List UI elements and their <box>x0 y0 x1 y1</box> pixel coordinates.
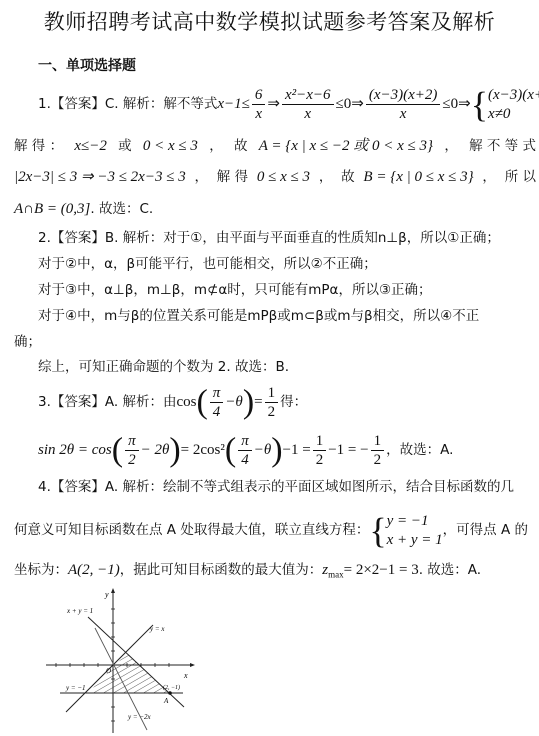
q4-line3: 坐标为：A(2, −1)，据此可知目标函数的最大值为：zmax= 2×2−1 =… <box>14 560 481 585</box>
label-y-eq-minus-2x: y = −2x <box>127 713 152 721</box>
frac-num: π <box>238 432 252 451</box>
implies-arrow: ⇒ <box>458 96 471 112</box>
set-B: B = {x | 0 ≤ x ≤ 3} <box>363 167 473 187</box>
frac-den: 4 <box>241 451 249 469</box>
frac-den: 2 <box>128 451 136 469</box>
frac-num: 1 <box>371 432 385 451</box>
eq-2cos2: = 2cos² <box>181 442 225 458</box>
left-brace: { <box>369 511 386 551</box>
text: ，据此可知目标函数的最大值为： <box>120 562 323 578</box>
frac-pi-4: π4 <box>210 384 224 421</box>
label-point-A: A <box>163 697 169 705</box>
left-brace: { <box>471 85 488 125</box>
equals: = <box>254 394 262 410</box>
le-zero: ≤0 <box>336 96 352 112</box>
text: ， <box>209 136 223 156</box>
frac-num: π <box>125 432 139 451</box>
minus-theta: −θ <box>225 394 243 410</box>
le-zero: ≤0 <box>442 96 458 112</box>
q1-frac2: x²−x−6x <box>282 86 334 123</box>
system-row: y = −1 <box>387 512 443 531</box>
text: 解 得 ： <box>14 136 63 156</box>
label-y-eq-x: y = x <box>149 625 165 633</box>
implies-arrow: ⇒ <box>351 96 364 112</box>
q3-lead: 3.【答案】A. 解析：由 <box>38 394 176 410</box>
y-axis-label: y <box>104 590 109 599</box>
q1-line2: 解 得 ： x≤−2 或 0 < x ≤ 3 ， 故 A = {x | x ≤ … <box>14 136 536 156</box>
zmax-expr: = 2×2−1 = 3 <box>344 562 419 578</box>
q1-line3: |2x−3| ≤ 3 ⇒ −3 ≤ 2x−3 ≤ 3 ， 解 得 0 ≤ x ≤… <box>14 167 536 187</box>
feasible-region-graph: y x O x + y = 1 y = x y = −1 y = −2x (2,… <box>40 585 200 736</box>
text: 坐标为： <box>14 562 68 578</box>
x-axis-arrow-icon <box>190 663 195 667</box>
frac-1-2: 12 <box>371 432 385 469</box>
intersection: A∩B = (0,3] <box>14 201 90 217</box>
text: ，可得点 A 的 <box>443 522 528 538</box>
q1-line4: A∩B = (0,3]. 故选：C. <box>14 199 153 219</box>
system-row: (x−3)(x+2)x≤0 <box>488 86 539 105</box>
q1-line1: 1.【答案】C. 解析：解不等式x−1≤6x⇒x²−x−6x≤0⇒(x−3)(x… <box>38 82 539 126</box>
q1-system: (x−3)(x+2)x≤0x≠0 <box>488 86 539 124</box>
frac-den: 2 <box>316 451 324 469</box>
q1-lead: 1.【答案】C. 解析：解不等式 <box>38 96 217 112</box>
frac-pi-2: π2 <box>125 432 139 469</box>
x-axis-label: x <box>183 671 188 680</box>
q1-frac3: (x−3)(x+2)x <box>366 86 441 123</box>
z-subscript: max <box>328 570 344 580</box>
frac-den: 2 <box>374 451 382 469</box>
frac-1-2: 12 <box>265 384 279 421</box>
frac-num: x²−x−6 <box>282 86 334 105</box>
set-A: A = {x | x ≤ −2 或 0 < x ≤ 3} <box>259 136 433 156</box>
text: 解 不 等 式 <box>469 136 536 156</box>
q2-line1: 2.【答案】B. 解析：对于①，由平面与平面垂直的性质知n⊥β，所以①正确； <box>38 228 500 248</box>
math: 0 < x ≤ 3 <box>143 136 198 156</box>
text: 或 <box>118 136 132 156</box>
q4-line2: 何意义可知目标函数在点 A 处取得最大值，联立直线方程：{y = −1x + y… <box>14 508 528 552</box>
conclusion: ，故选：A. <box>386 442 453 458</box>
frac-den: x <box>400 105 407 123</box>
frac-pi-4: π4 <box>238 432 252 469</box>
text: 何意义可知目标函数在点 A 处取得最大值，联立直线方程： <box>14 522 369 538</box>
feasible-region <box>88 653 170 693</box>
q4-system: y = −1x + y = 1 <box>387 512 443 550</box>
right-paren: ) <box>271 432 282 469</box>
q4-line1: 4.【答案】A. 解析：绘制不等式组表示的平面区域如图所示，结合目标函数的几 <box>38 477 514 497</box>
text: 故 <box>341 167 355 187</box>
minus-2theta: − 2θ <box>141 442 170 458</box>
frac-1-2: 12 <box>313 432 327 469</box>
y-axis-arrow-icon <box>111 588 115 593</box>
minus-theta: −θ <box>254 442 272 458</box>
left-paren: ( <box>225 432 236 469</box>
q3-line1: 3.【答案】A. 解析：由cos(π4−θ)=12得： <box>38 382 307 422</box>
section-heading: 一、单项选择题 <box>38 55 136 75</box>
text: ， <box>195 167 209 187</box>
point-A-marker <box>168 691 172 695</box>
text: 所 以 <box>505 167 536 187</box>
q1-frac1: 6x <box>252 86 266 123</box>
math: |2x−3| ≤ 3 ⇒ −3 ≤ 2x−3 ≤ 3 <box>14 167 186 187</box>
q2-line5: 确； <box>14 332 41 352</box>
left-paren: ( <box>196 384 207 421</box>
text: −1 = <box>283 442 311 458</box>
left-paren: ( <box>112 432 123 469</box>
right-paren: ) <box>243 384 254 421</box>
conclusion: . 故选：A. <box>419 562 481 578</box>
cos: cos <box>176 394 196 410</box>
label-x-plus-y-eq-1: x + y = 1 <box>66 607 93 615</box>
frac-num: 1 <box>265 384 279 403</box>
sin2theta: sin 2θ = cos <box>38 442 112 458</box>
frac-den: x <box>255 105 262 123</box>
math: 0 ≤ x ≤ 3 <box>257 167 310 187</box>
text: ， <box>444 136 458 156</box>
q2-line3: 对于③中，α⊥β，m⊥β，m⊄α时，只可能有mPα，所以③正确； <box>38 280 432 300</box>
point-A: A(2, −1) <box>68 562 120 578</box>
math: x≤−2 <box>74 136 107 156</box>
system-row: x + y = 1 <box>387 531 443 550</box>
right-paren: ) <box>169 432 180 469</box>
origin-label: O <box>106 667 111 675</box>
text: 解 得 <box>217 167 248 187</box>
text: ， <box>482 167 496 187</box>
q1-ineq-lhs: x−1≤ <box>217 96 250 112</box>
q2-line6: 综上，可知正确命题的个数为 2. 故选：B. <box>38 357 289 377</box>
label-point-coord: (2, −1) <box>163 684 180 691</box>
frac-num: π <box>210 384 224 403</box>
frac-den: 2 <box>268 403 276 421</box>
text: ， <box>319 167 333 187</box>
implies-arrow: ⇒ <box>267 96 280 112</box>
frac-den: 4 <box>213 403 221 421</box>
frac-num: 6 <box>252 86 266 105</box>
frac-num: 1 <box>313 432 327 451</box>
document-title: 教师招聘考试高中数学模拟试题参考答案及解析 <box>0 6 539 36</box>
text: −1 = − <box>328 442 368 458</box>
q3-line2: sin 2θ = cos(π2− 2θ)= 2cos²(π4−θ)−1 =12−… <box>38 430 453 470</box>
text: 得： <box>280 394 307 410</box>
q2-line2: 对于②中，α，β可能平行，也可能相交，所以②不正确； <box>38 254 377 274</box>
label-y-eq-minus-1: y = −1 <box>65 684 86 692</box>
frac-den: x <box>304 105 311 123</box>
q2-line4: 对于④中，m与β的位置关系可能是mPβ或m⊂β或m与β相交，所以④不正 <box>38 306 479 326</box>
system-row: x≠0 <box>488 105 539 124</box>
text: 故 <box>234 136 248 156</box>
frac-num: (x−3)(x+2) <box>366 86 441 105</box>
conclusion: . 故选：C. <box>90 201 153 217</box>
